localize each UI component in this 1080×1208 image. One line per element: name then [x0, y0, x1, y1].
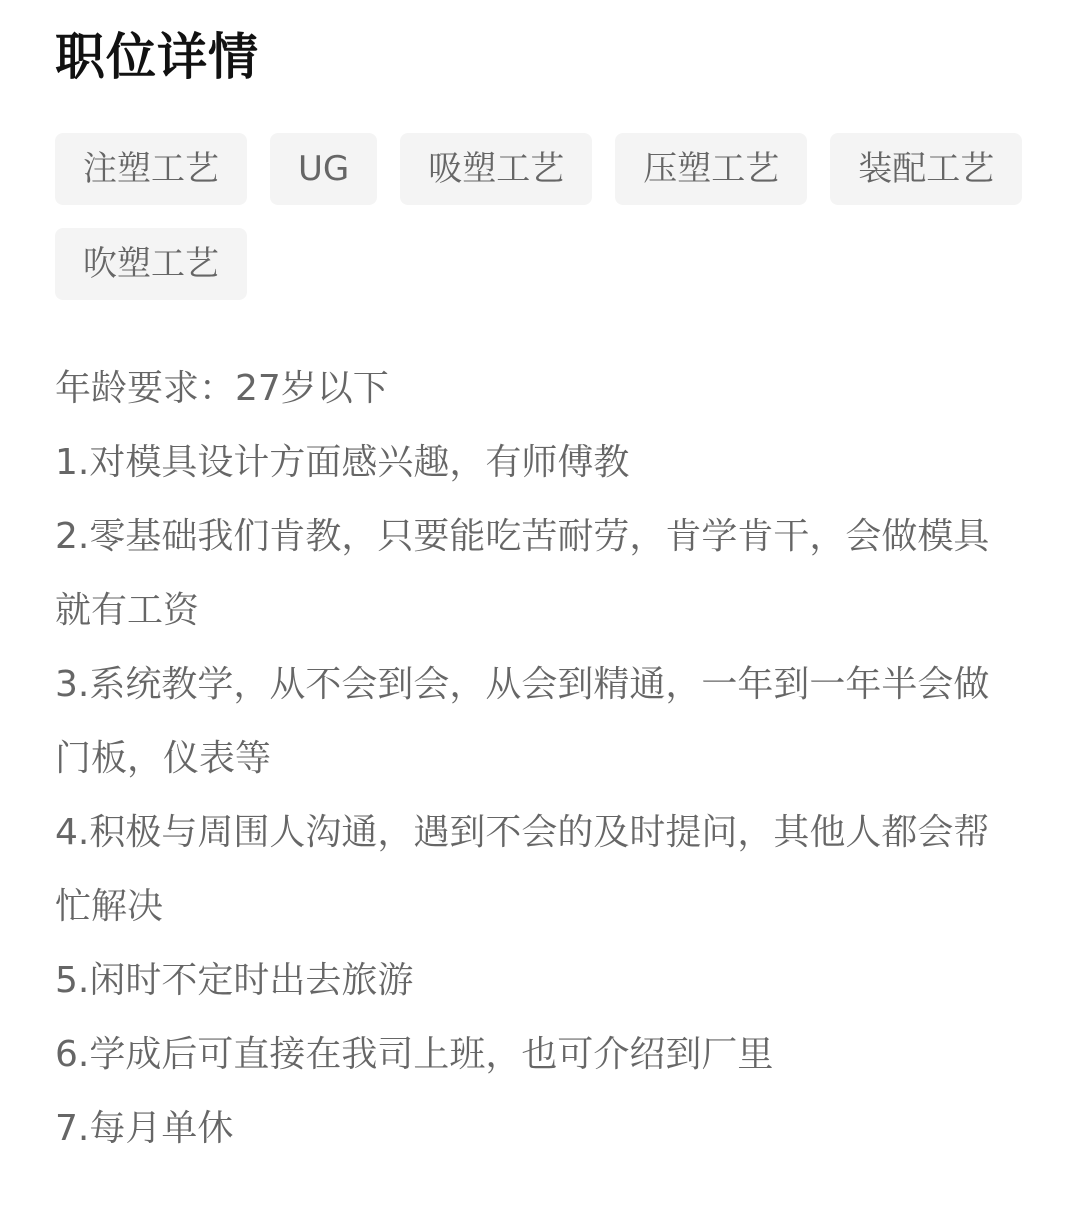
job-description: 年龄要求：27岁以下 1.对模具设计方面感兴趣，有师傅教 2.零基础我们肯教，只… — [55, 352, 1015, 1166]
skill-tag: 吸塑工艺 — [400, 133, 592, 205]
skill-tag: UG — [270, 133, 377, 205]
description-line: 年龄要求：27岁以下 — [55, 352, 1015, 426]
description-line: 2.零基础我们肯教，只要能吃苦耐劳，肯学肯干，会做模具就有工资 — [55, 500, 1015, 648]
skill-tag: 压塑工艺 — [615, 133, 807, 205]
skill-tag: 吹塑工艺 — [55, 228, 247, 300]
skill-tag: 注塑工艺 — [55, 133, 247, 205]
description-line: 3.系统教学，从不会到会，从会到精通，一年到一年半会做门板，仪表等 — [55, 648, 1015, 796]
description-line: 4.积极与周围人沟通，遇到不会的及时提问，其他人都会帮忙解决 — [55, 796, 1015, 944]
description-line: 7.每月单休 — [55, 1092, 1015, 1166]
skill-tag: 装配工艺 — [830, 133, 1022, 205]
description-line: 6.学成后可直接在我司上班，也可介绍到厂里 — [55, 1018, 1015, 1092]
description-line: 5.闲时不定时出去旅游 — [55, 944, 1015, 1018]
skill-tags: 注塑工艺 UG 吸塑工艺 压塑工艺 装配工艺 吹塑工艺 — [55, 133, 1045, 300]
section-title: 职位详情 — [55, 24, 259, 90]
description-line: 1.对模具设计方面感兴趣，有师傅教 — [55, 426, 1015, 500]
